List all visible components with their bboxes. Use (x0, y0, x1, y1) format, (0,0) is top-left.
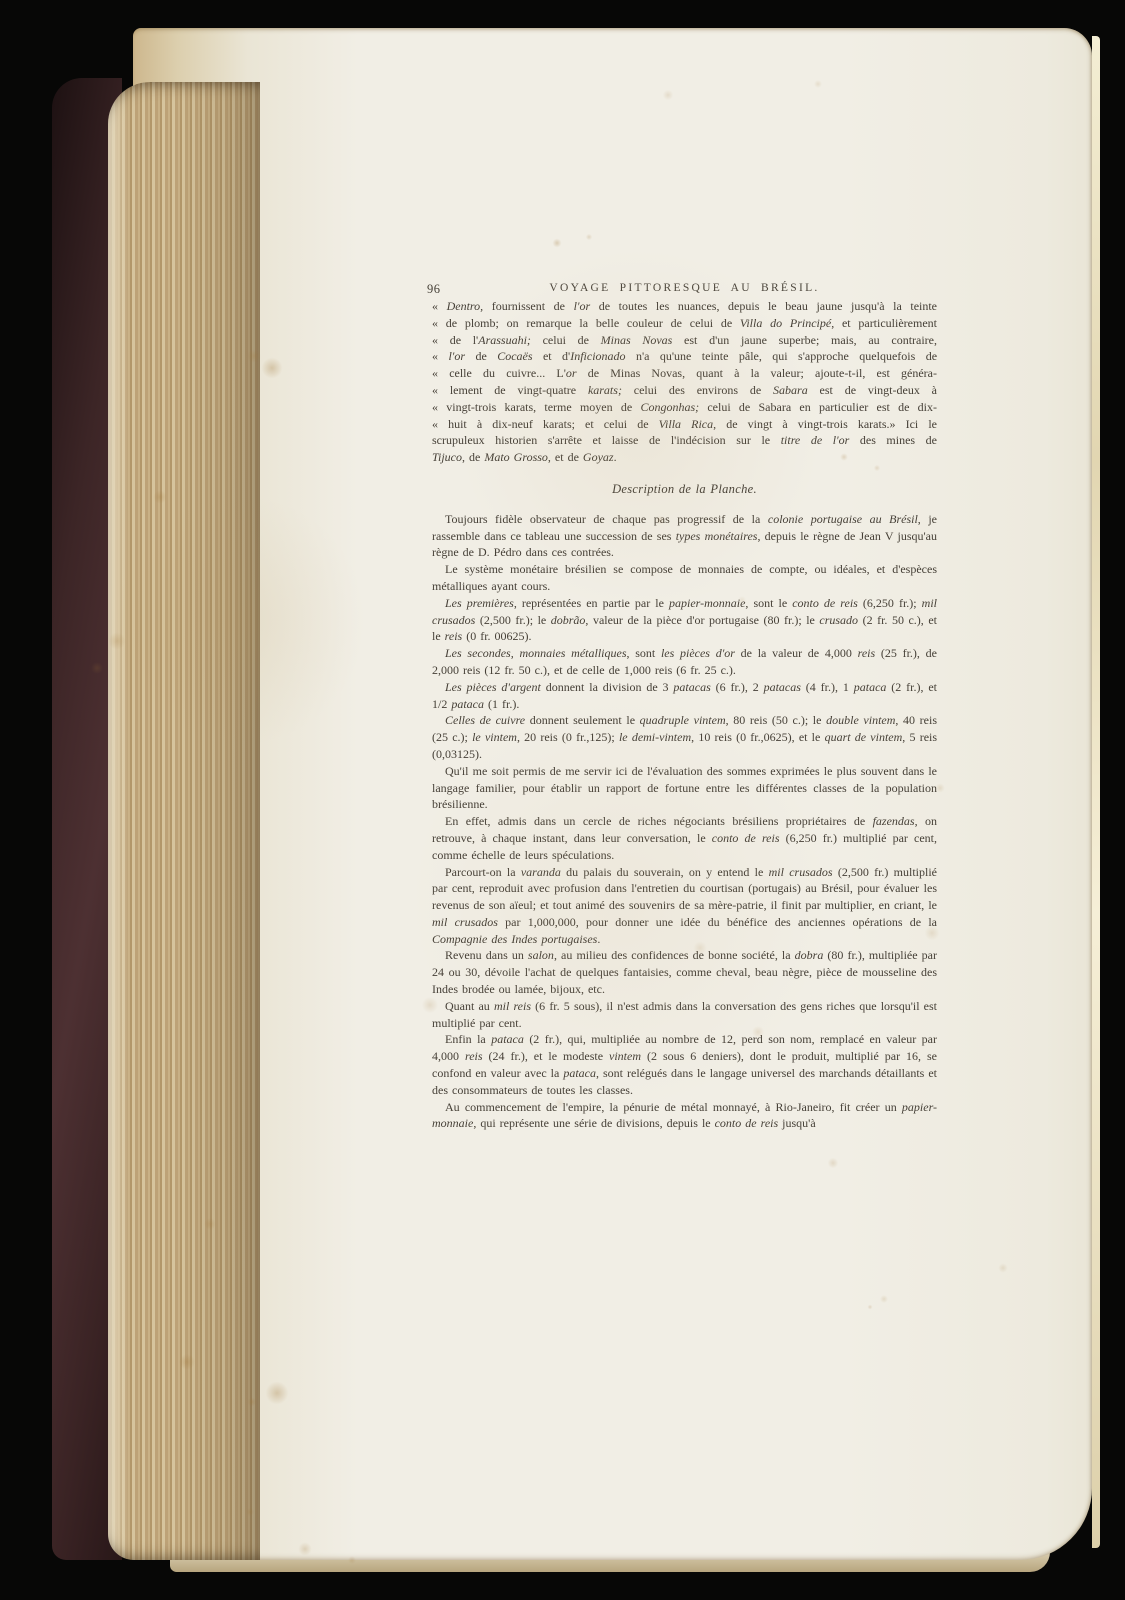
paragraph: Au commencement de l'empire, la pénurie … (432, 1099, 937, 1133)
quote-line: scrupuleux historien s'arrête et laisse … (432, 432, 937, 449)
paragraph: Qu'il me soit permis de me servir ici de… (432, 763, 937, 813)
paragraph: Toujours fidèle observateur de chaque pa… (432, 511, 937, 561)
quote-line: « Dentro, fournissent de l'or de toutes … (432, 298, 937, 315)
book-scan: 96 VOYAGE PITTORESQUE AU BRÉSIL. « Dentr… (0, 0, 1125, 1600)
quote-line: « l'or de Cocaës et d'Inficionado n'a qu… (432, 348, 937, 365)
page-edge-stack (108, 82, 260, 1560)
quote-line: « vingt-trois karats, terme moyen de Con… (432, 399, 937, 416)
printed-page-content: 96 VOYAGE PITTORESQUE AU BRÉSIL. « Dentr… (432, 279, 937, 1132)
quote-line: « de l'Arassuahi; celui de Minas Novas e… (432, 332, 937, 349)
paragraph: Les premières, représentées en partie pa… (432, 595, 937, 645)
quote-line: « lement de vingt-quatre karats; celui d… (432, 382, 937, 399)
paragraph: Enfin la pataca (2 fr.), qui, multipliée… (432, 1031, 937, 1098)
paragraph: Parcourt-on la varanda du palais du souv… (432, 864, 937, 948)
quote-block: « Dentro, fournissent de l'or de toutes … (432, 298, 937, 466)
paragraph: Les pièces d'argent donnent la division … (432, 679, 937, 713)
paragraph: Les secondes, monnaies métalliques, sont… (432, 645, 937, 679)
paragraph: Revenu dans un salon, au milieu des conf… (432, 947, 937, 997)
page-fore-edge (1092, 36, 1100, 1548)
section-heading: Description de la Planche. (432, 481, 937, 498)
page-header-row: 96 VOYAGE PITTORESQUE AU BRÉSIL. (432, 279, 937, 295)
quote-line: « celle du cuivre... L'or de Minas Novas… (432, 365, 937, 382)
quote-line: « huit à dix-neuf karats; et celui de Vi… (432, 416, 937, 433)
quote-line: Tijuco, de Mato Grosso, et de Goyaz. (432, 449, 937, 466)
quote-line: « de plomb; on remarque la belle couleur… (432, 315, 937, 332)
running-header: VOYAGE PITTORESQUE AU BRÉSIL. (549, 282, 819, 294)
paragraph: Celles de cuivre donnent seulement le qu… (432, 712, 937, 762)
paragraph: Le système monétaire brésilien se compos… (432, 561, 937, 595)
paragraph: Quant au mil reis (6 fr. 5 sous), il n'e… (432, 998, 937, 1032)
page-number: 96 (427, 281, 441, 298)
paragraph: En effet, admis dans un cercle de riches… (432, 813, 937, 863)
body-paragraphs: Toujours fidèle observateur de chaque pa… (432, 511, 937, 1132)
